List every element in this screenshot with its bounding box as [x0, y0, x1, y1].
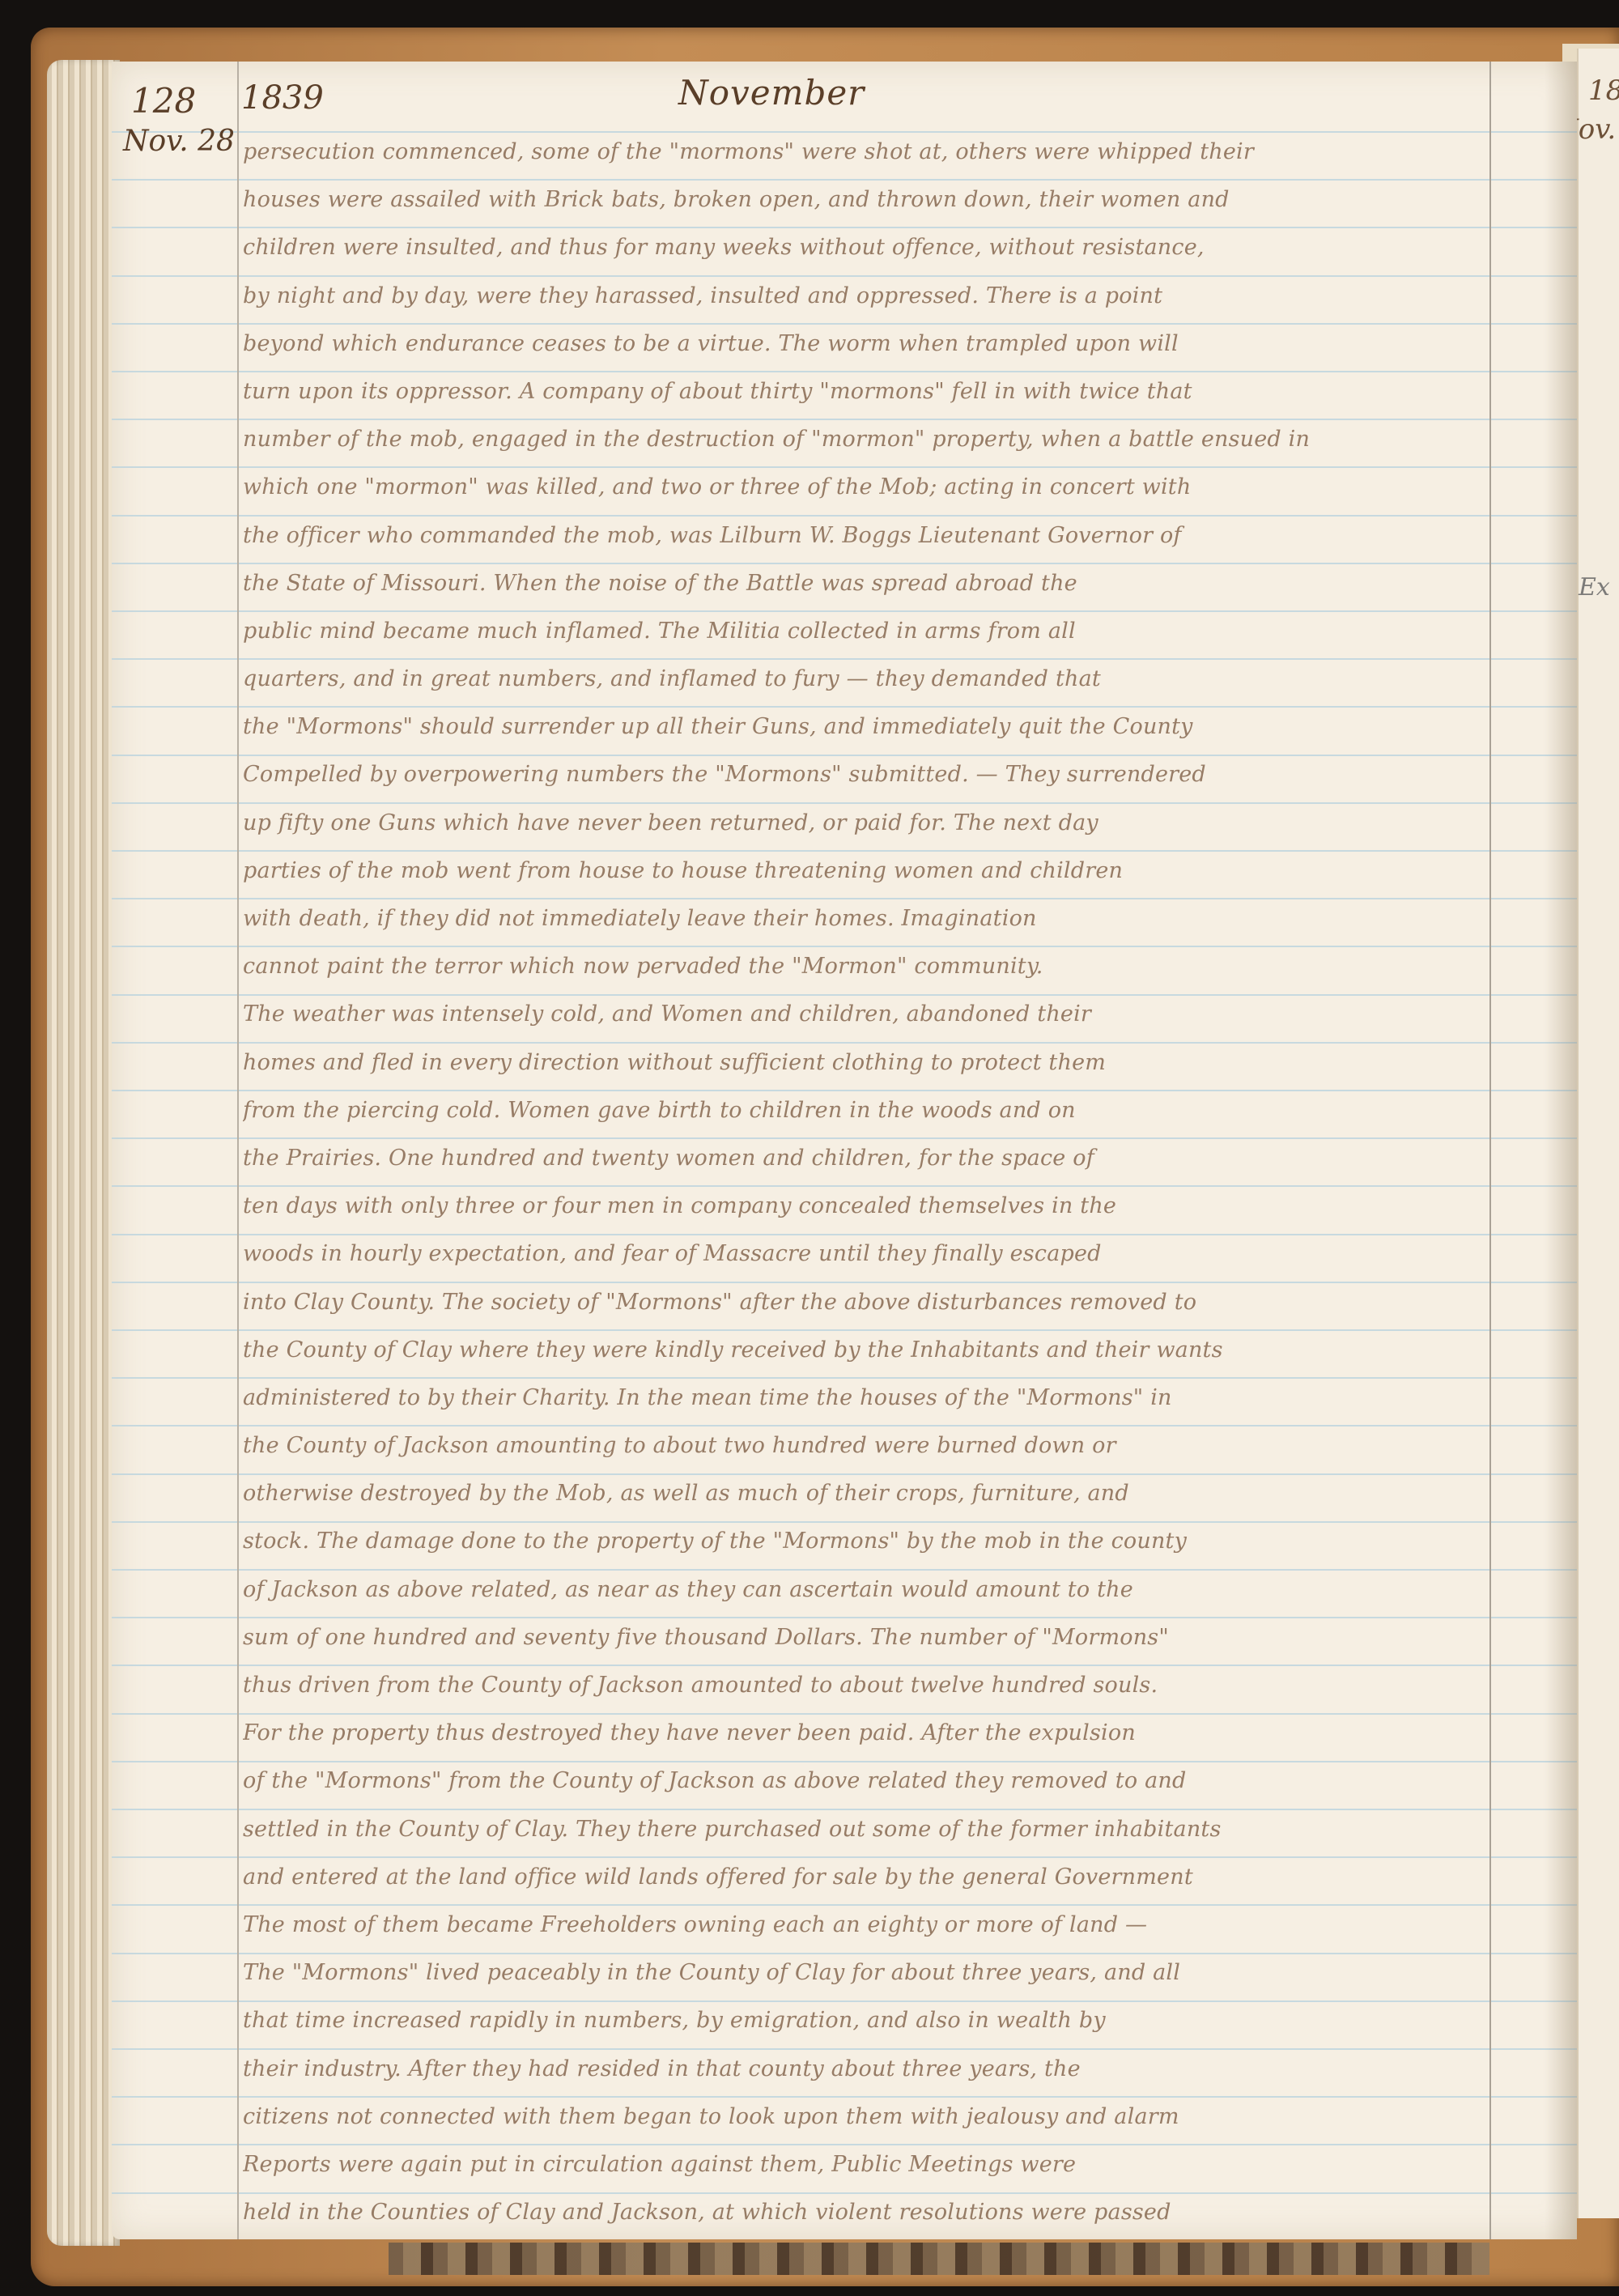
text-line: by night and by day, were they harassed,…: [243, 272, 1489, 320]
page-stack-edge: [47, 60, 120, 2246]
text-line: woods in hourly expectation, and fear of…: [243, 1230, 1489, 1278]
text-line: children were insulted, and thus for man…: [243, 223, 1489, 271]
text-line: up fifty one Guns which have never been …: [243, 799, 1489, 847]
text-line: of Jackson as above related, as near as …: [243, 1566, 1489, 1614]
text-line: beyond which endurance ceases to be a vi…: [243, 320, 1489, 368]
year-heading: 1839: [241, 79, 324, 117]
text-line: persecution commenced, some of the "morm…: [243, 128, 1489, 176]
text-line: turn upon its oppressor. A company of ab…: [243, 368, 1489, 415]
text-line: cannot paint the terror which now pervad…: [243, 942, 1489, 990]
text-line: The weather was intensely cold, and Wome…: [243, 990, 1489, 1038]
text-line: thus driven from the County of Jackson a…: [243, 1661, 1489, 1709]
text-line: For the property thus destroyed they hav…: [243, 1709, 1489, 1757]
text-line: quarters, and in great numbers, and infl…: [243, 655, 1489, 703]
left-margin-line: [237, 62, 239, 2239]
text-line: administered to by their Charity. In the…: [243, 1374, 1489, 1422]
text-line: ten days with only three or four men in …: [243, 1182, 1489, 1230]
text-line: number of the mob, engaged in the destru…: [243, 415, 1489, 463]
page-block-bottom-edge: [389, 2243, 1489, 2275]
text-line: Reports were again put in circulation ag…: [243, 2141, 1489, 2188]
text-line: with death, if they did not immediately …: [243, 895, 1489, 942]
text-line: public mind became much inflamed. The Mi…: [243, 607, 1489, 655]
text-line: which one "mormon" was killed, and two o…: [243, 463, 1489, 511]
facing-page-year: 183: [1588, 74, 1619, 107]
entry-date: Nov. 28: [123, 125, 235, 158]
text-line: the "Mormons" should surrender up all th…: [243, 703, 1489, 750]
text-line: the Prairies. One hundred and twenty wom…: [243, 1134, 1489, 1182]
text-line: the County of Jackson amounting to about…: [243, 1422, 1489, 1469]
text-line: the officer who commanded the mob, was L…: [243, 512, 1489, 559]
page-number: 128: [131, 81, 196, 121]
text-line: that time increased rapidly in numbers, …: [243, 1996, 1489, 2044]
text-line: and entered at the land office wild land…: [243, 1853, 1489, 1901]
text-line: into Clay County. The society of "Mormon…: [243, 1278, 1489, 1326]
handwritten-text-body: persecution commenced, some of the "morm…: [243, 128, 1489, 2239]
text-line: stock. The damage done to the property o…: [243, 1517, 1489, 1565]
text-line: otherwise destroyed by the Mob, as well …: [243, 1469, 1489, 1517]
text-line: settled in the County of Clay. They ther…: [243, 1805, 1489, 1853]
text-line: homes and fled in every direction withou…: [243, 1039, 1489, 1086]
text-line: held in the Counties of Clay and Jackson…: [243, 2188, 1489, 2236]
month-heading: November: [678, 73, 865, 113]
text-line: houses were assailed with Brick bats, br…: [243, 176, 1489, 223]
text-line: the State of Missouri. When the noise of…: [243, 559, 1489, 607]
text-line: of the "Mormons" from the County of Jack…: [243, 1757, 1489, 1805]
text-line: The most of them became Freeholders owni…: [243, 1901, 1489, 1949]
facing-page-text: Ex: [1579, 573, 1610, 602]
text-line: sum of one hundred and seventy five thou…: [243, 1614, 1489, 1661]
text-line: their industry. After they had resided i…: [243, 2045, 1489, 2093]
journal-page: 128 1839 November Nov. 28 persecution co…: [112, 62, 1577, 2239]
right-margin-line: [1489, 62, 1491, 2239]
text-line: Compelled by overpowering numbers the "M…: [243, 750, 1489, 798]
text-line: the County of Clay where they were kindl…: [243, 1326, 1489, 1374]
text-line: The "Mormons" lived peaceably in the Cou…: [243, 1949, 1489, 1996]
text-line: parties of the mob went from house to ho…: [243, 847, 1489, 895]
text-line: from the piercing cold. Women gave birth…: [243, 1086, 1489, 1134]
facing-page: [1577, 49, 1619, 2218]
text-line: against the "Mormons" and rumors of Mobs…: [243, 2236, 1489, 2239]
text-line: citizens not connected with them began t…: [243, 2093, 1489, 2141]
page-gutter-shadow: [1545, 62, 1577, 2239]
